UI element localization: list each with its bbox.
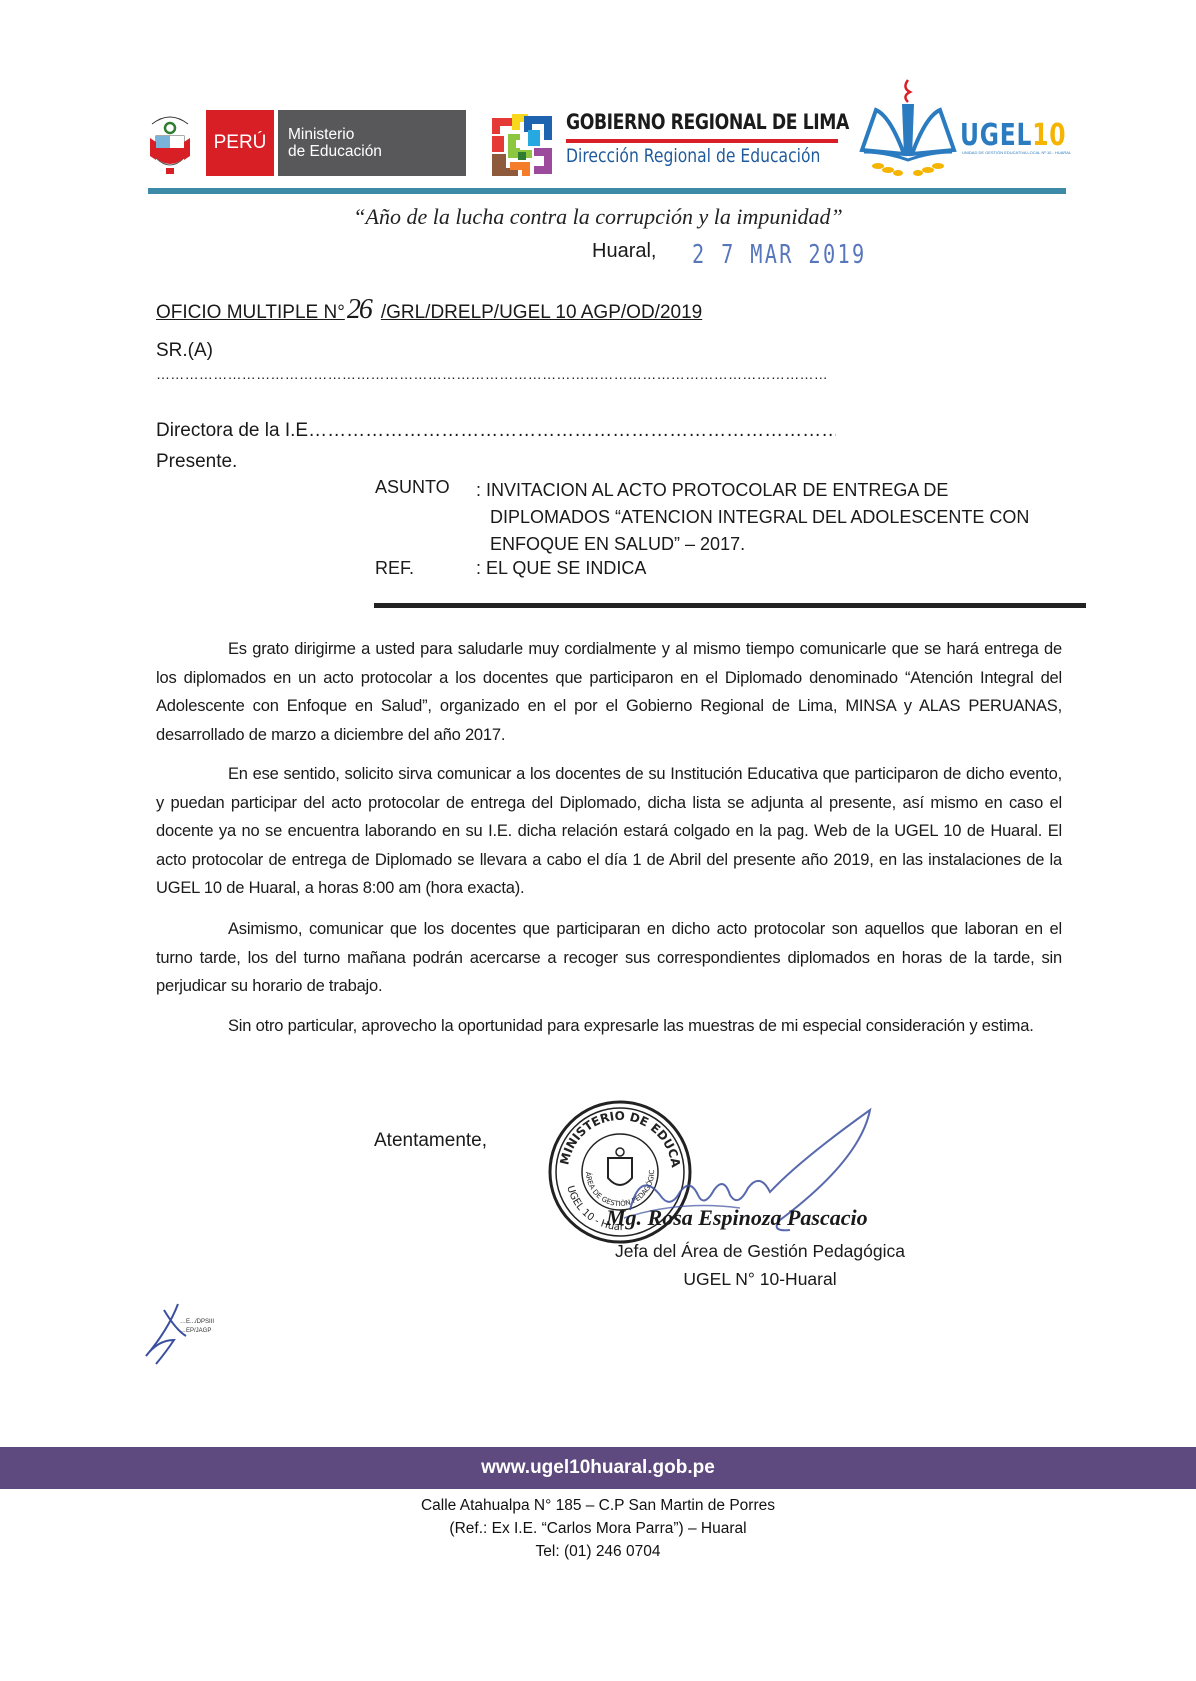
year-motto: “Año de la lucha contra la corrupción y … [0,204,1196,230]
body-paragraph-4: Sin otro particular, aprovecho la oportu… [156,1012,1062,1041]
subject-divider [374,603,1086,608]
paragraph-text: Sin otro particular, aprovecho la oportu… [228,1017,1034,1035]
body-paragraph-1: Es grato dirigirme a usted para saludarl… [156,635,1062,749]
place-label: Huaral, [592,240,656,263]
ugel-wordmark-part-1: UGEL [960,118,1032,153]
footer-phone: Tel: (01) 246 0704 [0,1540,1196,1563]
header-divider [148,188,1066,194]
presente-label: Presente. [156,451,237,473]
asunto-line-2: DIPLOMADOS “ATENCION INTEGRAL DEL ADOLES… [476,504,1056,531]
ugel-wordmark-part-2: 10 [1032,118,1066,153]
initials-line-2: …EP/JAGP [180,1327,214,1336]
direccion-regional-subtitle: Dirección Regional de Educación [566,145,820,167]
ugel-tagline: UNIDAD DE GESTIÓN EDUCATIVA LOCAL Nº 10 … [962,150,1071,155]
recipient-title: Directora de la I.E………………………………………………………… [156,420,836,442]
address-line-2: (Ref.: Ex I.E. “Carlos Mora Parra”) – Hu… [0,1517,1196,1540]
ugel-10-wordmark: UGEL10 [960,118,1066,153]
signer-name: Mg. Rosa Espinoza Pascacio [606,1205,868,1231]
date-stamp: 2 7 MAR 2019 [692,240,867,270]
ref-label: REF. [375,558,414,579]
ministry-line-1: Ministerio [288,126,466,143]
ministry-line-2: de Educación [288,143,466,160]
gobierno-regional-title: GOBIERNO REGIONAL DE LIMA [566,110,849,134]
oficio-handwritten-number: 26 [347,294,371,326]
footer-website-band: www.ugel10huaral.gob.pe [0,1447,1196,1489]
peru-label-text: PERÚ [214,132,267,154]
paragraph-text: Es grato dirigirme a usted para saludarl… [156,640,1062,744]
recipient-name-blank: …………………………………………………………………………………………………………… [156,366,826,382]
asunto-label: ASUNTO [375,477,450,498]
asunto-value: : INVITACION AL ACTO PROTOCOLAR DE ENTRE… [476,477,1056,558]
ref-value: : EL QUE SE INDICA [476,558,646,579]
gobierno-regional-logo-icon [488,112,556,178]
oficio-prefix: OFICIO MULTIPLE N° [156,302,345,323]
peru-brand-label: PERÚ [206,110,274,176]
closing: Atentamente, [374,1130,487,1152]
ministry-brand-label: Ministerio de Educación [276,110,466,176]
oficio-suffix: /GRL/DRELP/UGEL 10 AGP/OD/2019 [381,302,702,323]
body-paragraph-3: Asimismo, comunicar que los docentes que… [156,915,1062,1001]
signer-role: Jefa del Área de Gestión Pedagógica UGEL… [600,1237,920,1293]
asunto-line-1: : INVITACION AL ACTO PROTOCOLAR DE ENTRE… [476,477,1056,504]
initials-line-1: …E.../DPSIII [180,1318,214,1327]
asunto-line-3: ENFOQUE EN SALUD” – 2017. [476,531,1056,558]
address-line-1: Calle Atahualpa N° 185 – C.P San Martin … [0,1494,1196,1517]
body-paragraph-2: En ese sentido, solicito sirva comunicar… [156,760,1062,903]
gobierno-regional-divider [566,139,838,143]
footer-address: Calle Atahualpa N° 185 – C.P San Martin … [0,1494,1196,1563]
recipient-salutation: SR.(A) [156,340,213,362]
paragraph-text: Asimismo, comunicar que los docentes que… [156,920,1062,995]
ugel-book-torch-logo-icon [858,76,958,180]
typist-initials: …E.../DPSIII …EP/JAGP [180,1318,214,1336]
paragraph-text: En ese sentido, solicito sirva comunicar… [156,765,1062,897]
signer-office: UGEL N° 10-Huaral [600,1265,920,1293]
footer-website-link[interactable]: www.ugel10huaral.gob.pe [481,1457,715,1479]
oficio-reference: OFICIO MULTIPLE N°26/GRL/DRELP/UGEL 10 A… [156,294,702,326]
signer-position: Jefa del Área de Gestión Pedagógica [600,1237,920,1265]
peru-coat-of-arms-icon [148,112,192,178]
